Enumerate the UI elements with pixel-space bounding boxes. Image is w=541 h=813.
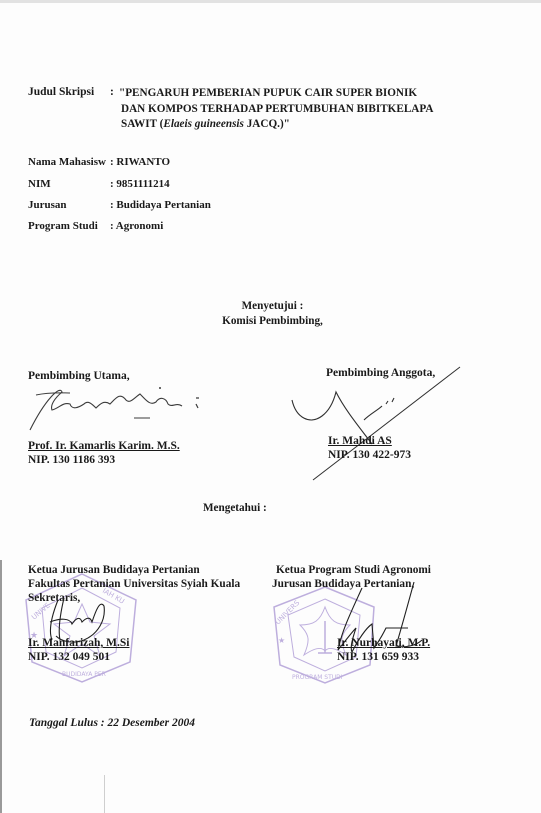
graduation-date: Tanggal Lulus : 22 Desember 2004 [29,717,195,729]
scan-artifact-line [104,775,105,813]
program-head-name: Ir. Nurhayati, M.P. [337,637,430,649]
program-head-nip: NIP. 131 659 933 [337,651,419,663]
